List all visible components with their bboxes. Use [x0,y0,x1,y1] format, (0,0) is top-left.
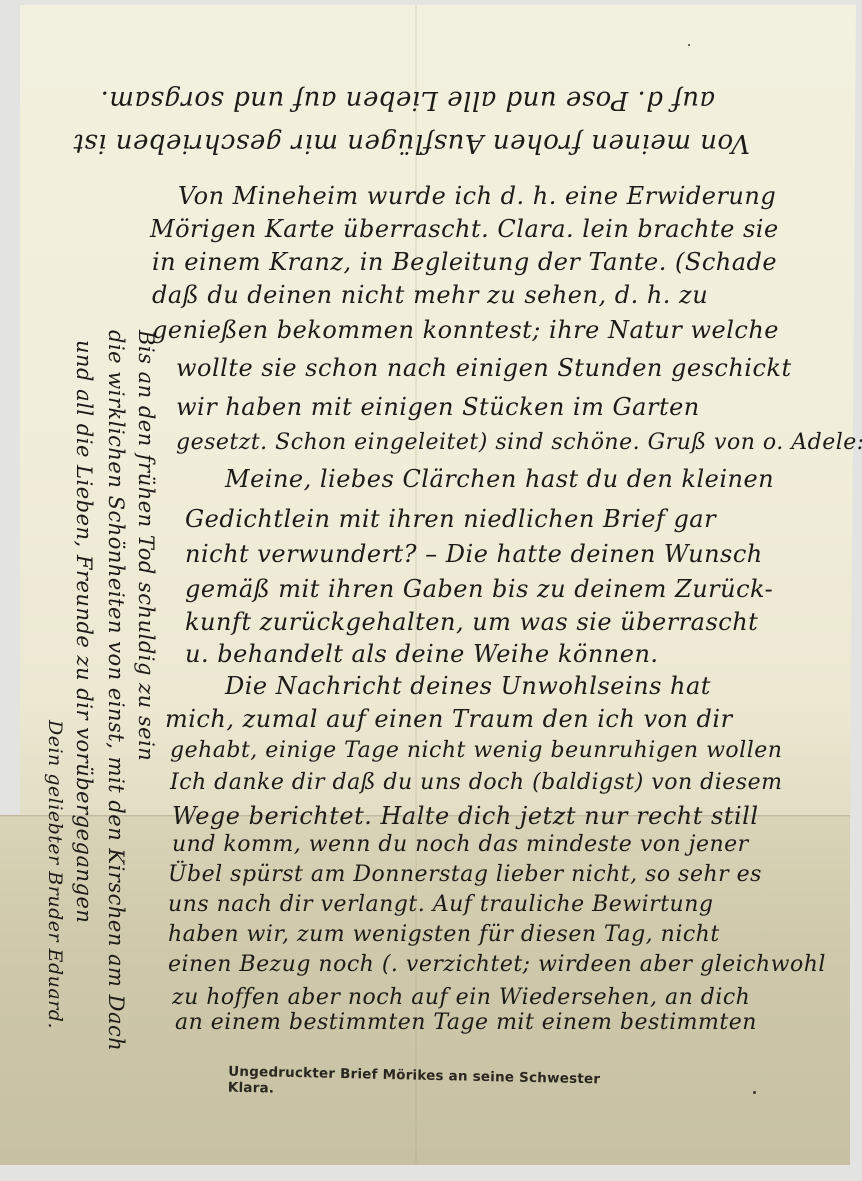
body-line: in einem Kranz, in Begleitung der Tante.… [152,248,777,276]
body-line: gehabt, einige Tage nicht wenig beunruhi… [170,738,782,763]
body-line: uns nach dir verlangt. Auf trauliche Bew… [168,892,713,917]
body-line: gemäß mit ihren Gaben bis zu deinem Zurü… [185,575,773,603]
body-line: nicht verwundert? – Die hatte deinen Wun… [185,540,763,568]
body-line: Ich danke dir daß du uns doch (baldigst)… [170,770,782,795]
body-line: Übel spürst am Donnerstag lieber nicht, … [168,862,762,887]
speck [688,44,690,46]
body-line: Meine, liebes Clärchen hast du den klein… [225,465,774,493]
body-line: gesetzt. Schon eingeleitet) sind schöne.… [176,430,862,455]
body-line: zu hoffen aber noch auf ein Wiedersehen,… [172,985,750,1010]
speck [753,1091,756,1094]
inverted-line-1: auf d. Pose und alle Lieben auf und sorg… [115,85,715,115]
body-line: wir haben mit einigen Stücken im Garten [176,393,700,421]
inverted-line-2: Von meinen frohen Ausflügen mir geschrie… [70,128,750,158]
body-line: und komm, wenn du noch das mindeste von … [172,832,749,857]
body-line: u. behandelt als deine Weihe können. [185,640,659,668]
body-line: Die Nachricht deines Unwohlseins hat [225,672,711,700]
body-line: haben wir, zum wenigsten für diesen Tag,… [168,922,720,947]
margin-vertical-line: und all die Lieben, Freunde zu dir vorüb… [72,340,96,923]
body-line: Mörigen Karte überrascht. Clara. lein br… [150,215,779,243]
body-line: wollte sie schon nach einigen Stunden ge… [176,354,792,382]
body-line: daß du deinen nicht mehr zu sehen, d. h.… [152,281,708,309]
body-line: einen Bezug noch (. verzichtet; wirdeen … [168,952,826,977]
margin-vertical-line: die wirklichen Schönheiten von einst, mi… [104,330,128,1051]
margin-vertical-line: Bis an den frühen Tod schuldig zu sein [134,330,158,761]
margin-vertical-line: Dein geliebter Bruder Eduard. [44,720,66,1029]
body-line: Von Mineheim wurde ich d. h. eine Erwide… [178,182,776,210]
body-line: genießen bekommen konntest; ihre Natur w… [152,316,779,344]
body-line: Gedichtlein mit ihren niedlichen Brief g… [185,505,716,533]
body-line: an einem bestimmten Tage mit einem besti… [175,1010,757,1035]
body-line: mich, zumal auf einen Traum den ich von … [165,705,733,733]
body-line: Wege berichtet. Halte dich jetzt nur rec… [172,802,759,830]
body-line: kunft zurückgehalten, um was sie überras… [185,608,758,636]
